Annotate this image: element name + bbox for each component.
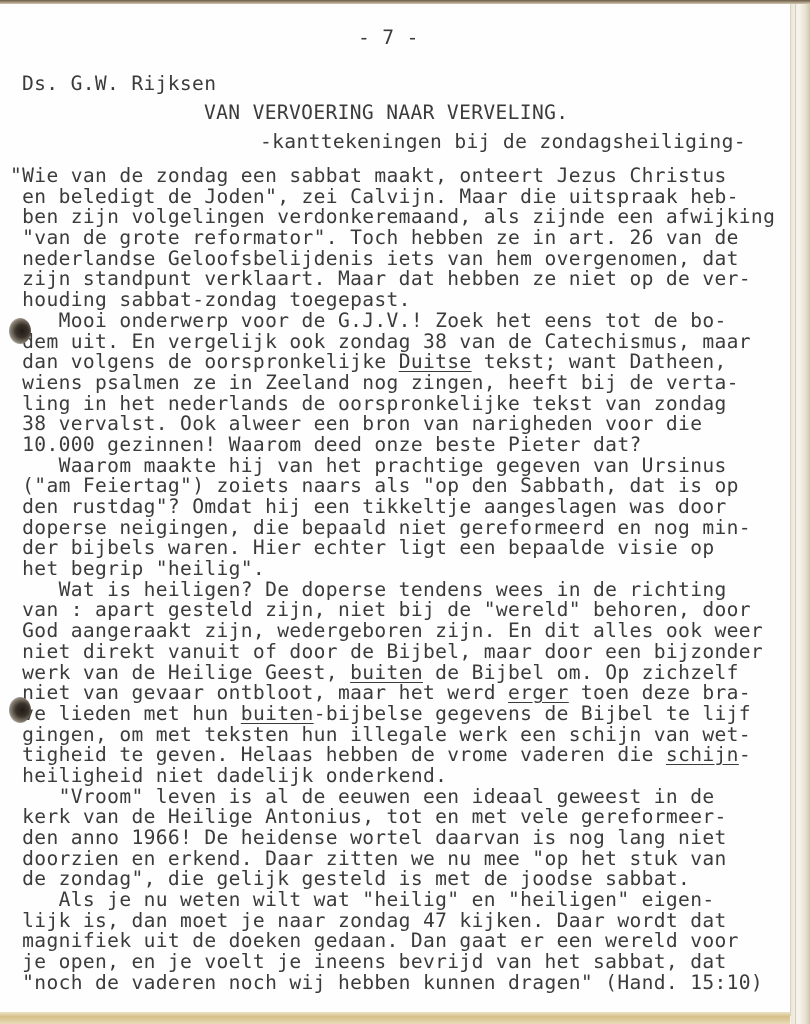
text-segment: niet direkt vanuit of door de Bijbel, ma…	[10, 640, 763, 663]
body-line: ve lieden met hun buiten-bijbelse gegeve…	[10, 704, 775, 725]
text-segment: gingen, om met teksten hun illegale werk…	[10, 723, 751, 746]
body-line: Als je nu weten wilt wat "heilig" en "he…	[10, 890, 775, 911]
text-segment: -	[739, 743, 751, 766]
body-line: 10.000 gezinnen! Waarom deed onze beste …	[10, 435, 775, 456]
body-line: niet van gevaar ontbloot, maar het werd …	[10, 683, 775, 704]
article-title: VAN VERVOERING NAAR VERVELING.	[204, 103, 568, 124]
punch-hole	[9, 697, 31, 723]
typewritten-page: - 7 - Ds. G.W. Rijksen VAN VERVOERING NA…	[0, 4, 791, 1016]
text-segment: den rustdag"? Omdat hij een tikkeltje aa…	[10, 495, 727, 518]
text-segment: tekst; want Datheen,	[472, 350, 727, 373]
body-line: Mooi onderwerp voor de G.J.V.! Zoek het …	[10, 311, 775, 332]
text-segment: 10.000 gezinnen! Waarom deed onze beste …	[10, 433, 642, 456]
text-segment: je open, en je voelt je ineens bevrijd v…	[10, 950, 727, 973]
underlined-word: schijn	[666, 743, 739, 766]
body-line: lijk is, dan moet je naar zondag 47 kijk…	[10, 911, 775, 932]
text-segment: den anno 1966! De heidense wortel daarva…	[10, 826, 727, 849]
text-segment: de zondag", die gelijk gesteld is met de…	[10, 867, 690, 890]
body-line: je open, en je voelt je ineens bevrijd v…	[10, 952, 775, 973]
paper-bottom-edge	[0, 1012, 790, 1024]
body-line: ("am Feiertag") zoiets naars als "op den…	[10, 476, 775, 497]
article-subtitle: -kanttekeningen bij de zondagsheiliging-	[260, 132, 746, 153]
text-segment: "noch de vaderen noch wij hebben kunnen …	[10, 971, 763, 994]
body-line: "noch de vaderen noch wij hebben kunnen …	[10, 973, 775, 994]
text-segment: van : apart gesteld zijn, niet bij de "w…	[10, 598, 751, 621]
text-segment: -bijbelse gegevens de Bijbel te lijf	[314, 702, 751, 725]
text-segment: ve lieden met hun	[10, 702, 241, 725]
body-line: gingen, om met teksten hun illegale werk…	[10, 725, 775, 746]
text-segment: werk van de Heilige Geest,	[10, 661, 350, 684]
body-line: houding sabbat-zondag toegepast.	[10, 290, 775, 311]
punch-hole	[9, 318, 31, 344]
body-line: doperse neigingen, die bepaald niet gere…	[10, 518, 775, 539]
text-segment: Wat is heiligen? De doperse tendens wees…	[10, 578, 727, 601]
text-segment: kerk van de Heilige Antonius, tot en met…	[10, 805, 727, 828]
text-segment: wiens psalmen ze in Zeeland nog zingen, …	[10, 371, 739, 394]
body-line: God aangeraakt zijn, wedergeboren zijn. …	[10, 621, 775, 642]
body-line: ling in het nederlands de oorspronkelijk…	[10, 394, 775, 415]
body-line: dem uit. En vergelijk ook zondag 38 van …	[10, 332, 775, 353]
body-line: nederlandse Geloofsbelijdenis iets van h…	[10, 249, 775, 270]
text-segment: Mooi onderwerp voor de G.J.V.! Zoek het …	[10, 309, 727, 332]
text-segment: doperse neigingen, die bepaald niet gere…	[10, 516, 751, 539]
underlined-word: erger	[508, 681, 569, 704]
text-segment: God aangeraakt zijn, wedergeboren zijn. …	[10, 619, 763, 642]
body-line: kerk van de Heilige Antonius, tot en met…	[10, 807, 775, 828]
text-segment: niet van gevaar ontbloot, maar het werd	[10, 681, 508, 704]
text-segment: "Wie van de zondag een sabbat maakt, ont…	[10, 164, 727, 187]
text-segment: magnifiek uit de doeken gedaan. Dan gaat…	[10, 929, 739, 952]
text-segment: heiligheid niet dadelijk onderkend.	[10, 764, 447, 787]
body-line: van : apart gesteld zijn, niet bij de "w…	[10, 600, 775, 621]
body-line: den anno 1966! De heidense wortel daarva…	[10, 828, 775, 849]
text-segment: nederlandse Geloofsbelijdenis iets van h…	[10, 247, 739, 270]
page-number: - 7 -	[358, 28, 419, 49]
body-line: der bijbels waren. Hier echter ligt een …	[10, 538, 775, 559]
text-segment: Waarom maakte hij van het prachtige gege…	[10, 454, 727, 477]
body-line: "Wie van de zondag een sabbat maakt, ont…	[10, 166, 775, 187]
text-segment: "Vroom" leven is al de eeuwen een ideaal…	[10, 785, 715, 808]
author-line: Ds. G.W. Rijksen	[22, 74, 216, 95]
body-line: Waarom maakte hij van het prachtige gege…	[10, 456, 775, 477]
text-segment: dan volgens de oorspronkelijke	[10, 350, 399, 373]
text-segment: Als je nu weten wilt wat "heilig" en "he…	[10, 888, 715, 911]
body-line: zijn standpunt verklaart. Maar dat hebbe…	[10, 269, 775, 290]
body-line: ben zijn volgelingen verdonkeremaand, al…	[10, 207, 775, 228]
body-line: het begrip "heilig".	[10, 559, 775, 580]
underlined-word: buiten	[241, 702, 314, 725]
body-line: werk van de Heilige Geest, buiten de Bij…	[10, 663, 775, 684]
article-body: "Wie van de zondag een sabbat maakt, ont…	[10, 166, 775, 994]
text-segment: zijn standpunt verklaart. Maar dat hebbe…	[10, 267, 751, 290]
body-line: 38 vervalst. Ook alweer een bron van nar…	[10, 414, 775, 435]
body-line: "van de grote reformator". Toch hebben z…	[10, 228, 775, 249]
text-segment: "van de grote reformator". Toch hebben z…	[10, 226, 739, 249]
body-line: wiens psalmen ze in Zeeland nog zingen, …	[10, 373, 775, 394]
text-segment: der bijbels waren. Hier echter ligt een …	[10, 536, 715, 559]
underlined-word: Duitse	[399, 350, 472, 373]
body-line: tigheid te geven. Helaas hebben de vrome…	[10, 745, 775, 766]
text-segment: de Bijbel om. Op zichzelf	[423, 661, 739, 684]
text-segment: toen deze bra-	[569, 681, 751, 704]
body-line: Wat is heiligen? De doperse tendens wees…	[10, 580, 775, 601]
body-line: dan volgens de oorspronkelijke Duitse te…	[10, 352, 775, 373]
body-line: magnifiek uit de doeken gedaan. Dan gaat…	[10, 931, 775, 952]
text-segment: ben zijn volgelingen verdonkeremaand, al…	[10, 205, 775, 228]
text-segment: dem uit. En vergelijk ook zondag 38 van …	[10, 330, 751, 353]
body-line: doorzien en erkend. Daar zitten we nu me…	[10, 849, 775, 870]
body-line: de zondag", die gelijk gesteld is met de…	[10, 869, 775, 890]
body-line: niet direkt vanuit of door de Bijbel, ma…	[10, 642, 775, 663]
body-line: "Vroom" leven is al de eeuwen een ideaal…	[10, 787, 775, 808]
text-segment: tigheid te geven. Helaas hebben de vrome…	[10, 743, 666, 766]
body-line: en beledigt de Joden", zei Calvijn. Maar…	[10, 187, 775, 208]
text-segment: ("am Feiertag") zoiets naars als "op den…	[10, 474, 739, 497]
text-segment: houding sabbat-zondag toegepast.	[10, 288, 411, 311]
body-line: heiligheid niet dadelijk onderkend.	[10, 766, 775, 787]
text-segment: en beledigt de Joden", zei Calvijn. Maar…	[10, 185, 739, 208]
text-segment: het begrip "heilig".	[10, 557, 265, 580]
underlined-word: buiten	[350, 661, 423, 684]
text-segment: 38 vervalst. Ook alweer een bron van nar…	[10, 412, 702, 435]
binder-edge	[791, 4, 810, 1024]
body-line: den rustdag"? Omdat hij een tikkeltje aa…	[10, 497, 775, 518]
text-segment: doorzien en erkend. Daar zitten we nu me…	[10, 847, 727, 870]
text-segment: ling in het nederlands de oorspronkelijk…	[10, 392, 727, 415]
text-segment: lijk is, dan moet je naar zondag 47 kijk…	[10, 909, 727, 932]
